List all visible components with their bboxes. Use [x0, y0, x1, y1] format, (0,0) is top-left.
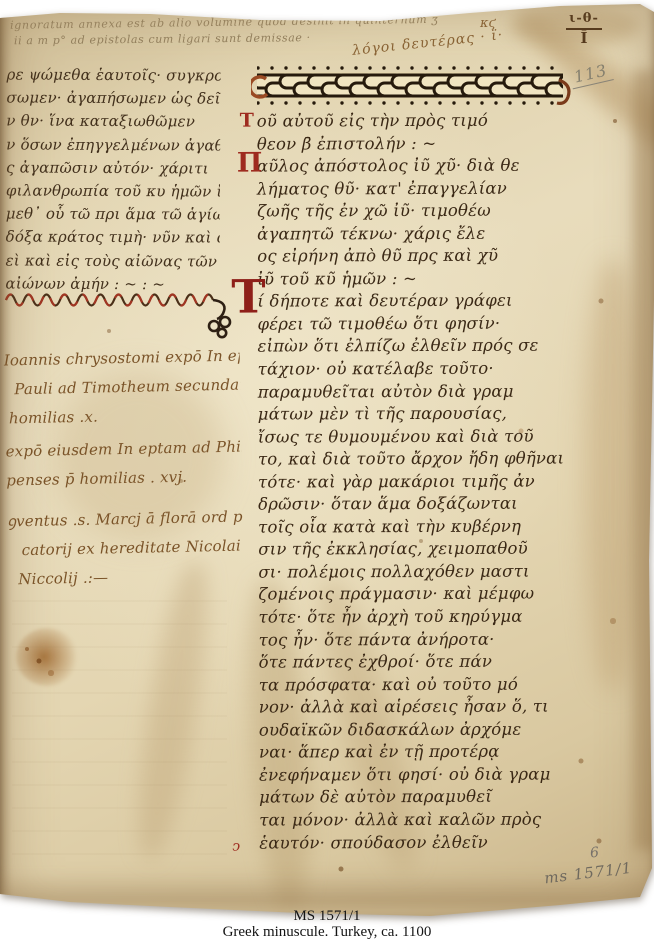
- greek-text-line: ζωῆς τῆς ἐν χῶ ἰῦ· τιμοθέω: [257, 200, 587, 224]
- greek-text-line: θεον β̄ ἐπιστολήν : ~: [257, 132, 587, 156]
- greek-text-line: σωμεν· ἀγαπήσωμεν ὡς δεῖ: [6, 87, 220, 111]
- greek-text-line: Τοῦ αὐτοῦ εἰς τὴν πρὸς τιμό: [257, 109, 587, 133]
- greek-text-line: ται μόνον· ἀλλὰ καὶ καλῶν πρὸς: [259, 808, 589, 832]
- manuscript-photo: ignoratum annexa est ab alio volumine qu…: [0, 0, 654, 945]
- greek-text-line: τότε· καὶ γὰρ μακάριοι τιμῆς ἀν: [258, 470, 588, 494]
- greek-text-line: τος ἦν· ὅτε πάντα ἀνήροτα·: [259, 628, 589, 652]
- greek-text-line: σι· πολέμοις πολλαχόθεν μαστι: [258, 560, 588, 584]
- greek-text-line: τάχιον· οὐ κατέλαβε τοῦτο·: [258, 357, 588, 381]
- greek-text-line: ἰῦ τοῦ κῦ ἡμῶν : ~: [257, 267, 587, 291]
- greek-text-line: ἴσως τε θυμουμένου καὶ διὰ τοῦ: [258, 425, 588, 449]
- latin-note-line: penses p̄ homilias . xvj.: [6, 462, 243, 496]
- caption: MS 1571/1 Greek minuscule. Turkey, ca. 1…: [0, 908, 654, 941]
- latin-note-line: expō eiusdem In eptam ad Philip: [5, 433, 242, 467]
- greek-text-line: λήματος θῦ· κατ' ἐπαγγελίαν: [257, 177, 587, 201]
- greek-text-line: μάτων μὲν τὶ τῆς παρουσίας,: [258, 403, 588, 427]
- greek-text-line: τα πρόσφατα· καὶ οὐ τοῦτο μό: [259, 673, 589, 697]
- top-latin-note-1: ignoratum annexa est ab alio volumine qu…: [10, 11, 550, 32]
- quire-signature-top: ι-θ-: [566, 12, 602, 30]
- greek-text-line: μάτων δὲ αὐτὸν παραμυθεῖ: [259, 786, 589, 810]
- caption-description: Greek minuscule. Turkey, ca. 1100: [0, 924, 654, 941]
- latin-note-line: Pauli ad Timotheum secundam p̄: [4, 371, 241, 405]
- greek-text-line: ἀγαπητῶ τέκνω· χάρις ἔλε: [257, 222, 587, 246]
- left-greek-column: ρε ψώμεθα ἑαυτοῖς· συγκροσωμεν· ἀγαπήσωμ…: [5, 63, 220, 296]
- page-number-pencil: 6: [589, 845, 600, 862]
- paragraph-mark: ͻ: [232, 835, 240, 858]
- page-wrap: ignoratum annexa est ab alio volumine qu…: [0, 0, 654, 945]
- shelfmark-pencil: ms 1571/1: [543, 859, 633, 888]
- greek-text-line: δρῶσιν· ὅταν ἅμα δοξάζωνται: [258, 493, 588, 517]
- greek-text-line: ναι· ἅπερ καὶ ἐν τῇ προτέρᾳ: [259, 741, 589, 765]
- greek-text-line: Παῦλος ἀπόστολος ἰῦ χῦ· διὰ θε: [257, 155, 587, 179]
- latin-note-line: Niccolij .:—: [8, 561, 245, 595]
- quire-signature-bottom: Ī: [562, 31, 606, 45]
- greek-text-line: φέρει τῶ τιμοθέω ὅτι φησίν·: [257, 312, 587, 336]
- latin-marginalia: Ioannis chrysostomi expō In eptamPauli a…: [3, 342, 244, 595]
- rubricated-initial: Π: [237, 154, 263, 174]
- greek-text-line: ς ἀγαπῶσιν αὐτόν· χάριτι: [6, 156, 220, 180]
- greek-text-line: το, καὶ διὰ τοῦτο ἄρχον ἤδη φθῆναι: [258, 448, 588, 472]
- greek-text-line: ν ὅσων ἐπηγγελμένων ἀγαθῶν: [6, 133, 220, 157]
- greek-text-line: Τί δήποτε καὶ δευτέραν γράφει: [257, 290, 587, 314]
- greek-text-line: μεθ᾽ οὗ τῶ πρι ἅμα τῶ ἁγίω πνι: [6, 203, 220, 227]
- latin-note-line: homilias .x.: [5, 400, 242, 434]
- greek-text-line: παραμυθεῖται αὐτὸν διὰ γραμ: [258, 380, 588, 404]
- greek-text-line: ρε ψώμεθα ἑαυτοῖς· συγκρο: [6, 63, 220, 87]
- interlace-headpiece: [251, 62, 573, 109]
- greek-text-line: εἰπὼν ὅτι ἐλπίζω ἐλθεῖν πρός σε: [257, 335, 587, 359]
- greek-text-line: ουδαϊκῶν διδασκάλων ἀρχόμε: [259, 718, 589, 742]
- greek-text-line: σιν τῆς ἐκκλησίας, χειμοπαθοῦ: [258, 538, 588, 562]
- top-kappa-note: κϛ: [480, 16, 496, 31]
- greek-text-line: φιλανθρωπία τοῦ κυ ἡμῶν ἰῦ χῦ·: [6, 179, 220, 203]
- folio-number-pencil: 113: [568, 60, 613, 90]
- rubricated-initial: Τ: [231, 287, 266, 307]
- greek-text-line: ἐνεφήναμεν ὅτι φησί· οὐ διὰ γραμ: [259, 763, 589, 787]
- caption-shelfmark: MS 1571/1: [0, 908, 654, 924]
- latin-note-line: catorij ex hereditate Nicolai de: [7, 532, 244, 566]
- greek-text-line: ν θν· ἵνα καταξιωθῶμεν: [6, 110, 220, 134]
- manuscript-page: ignoratum annexa est ab alio volumine qu…: [0, 0, 654, 922]
- greek-text-line: ͻἑαυτόν· σπούδασον ἐλθεῖν: [259, 831, 589, 855]
- greek-text-line: εὶ καὶ εἰς τοὺς αἰῶνας τῶν: [6, 249, 220, 273]
- wavy-divider-ornament: [4, 288, 246, 342]
- greek-text-line: τότε· ὅτε ἦν ἀρχὴ τοῦ κηρύγμα: [258, 605, 588, 629]
- greek-text-line: ζομένοις πράγμασιν· καὶ μέμφω: [258, 583, 588, 607]
- rubricated-initial: Τ: [240, 111, 254, 131]
- greek-text-line: δόξα κράτος τιμὴ· νῦν καὶ ἀ: [6, 226, 220, 250]
- greek-text-line: ὅτε πάντες ἐχθροί· ὅτε πάν: [259, 651, 589, 675]
- main-greek-column: Τοῦ αὐτοῦ εἰς τὴν πρὸς τιμόθεον β̄ ἐπιστ…: [257, 109, 590, 854]
- quire-signature: ι-θ- Ī: [562, 12, 606, 45]
- greek-text-line: νον· ἀλλὰ καὶ αἱρέσεις ἦσαν ὅ, τι: [259, 696, 589, 720]
- greek-text-line: ος εἰρήνη ἀπὸ θῦ πρς καὶ χῦ: [257, 245, 587, 269]
- greek-text-line: τοῖς οἷα κατὰ καὶ τὴν κυβέρνη: [258, 515, 588, 539]
